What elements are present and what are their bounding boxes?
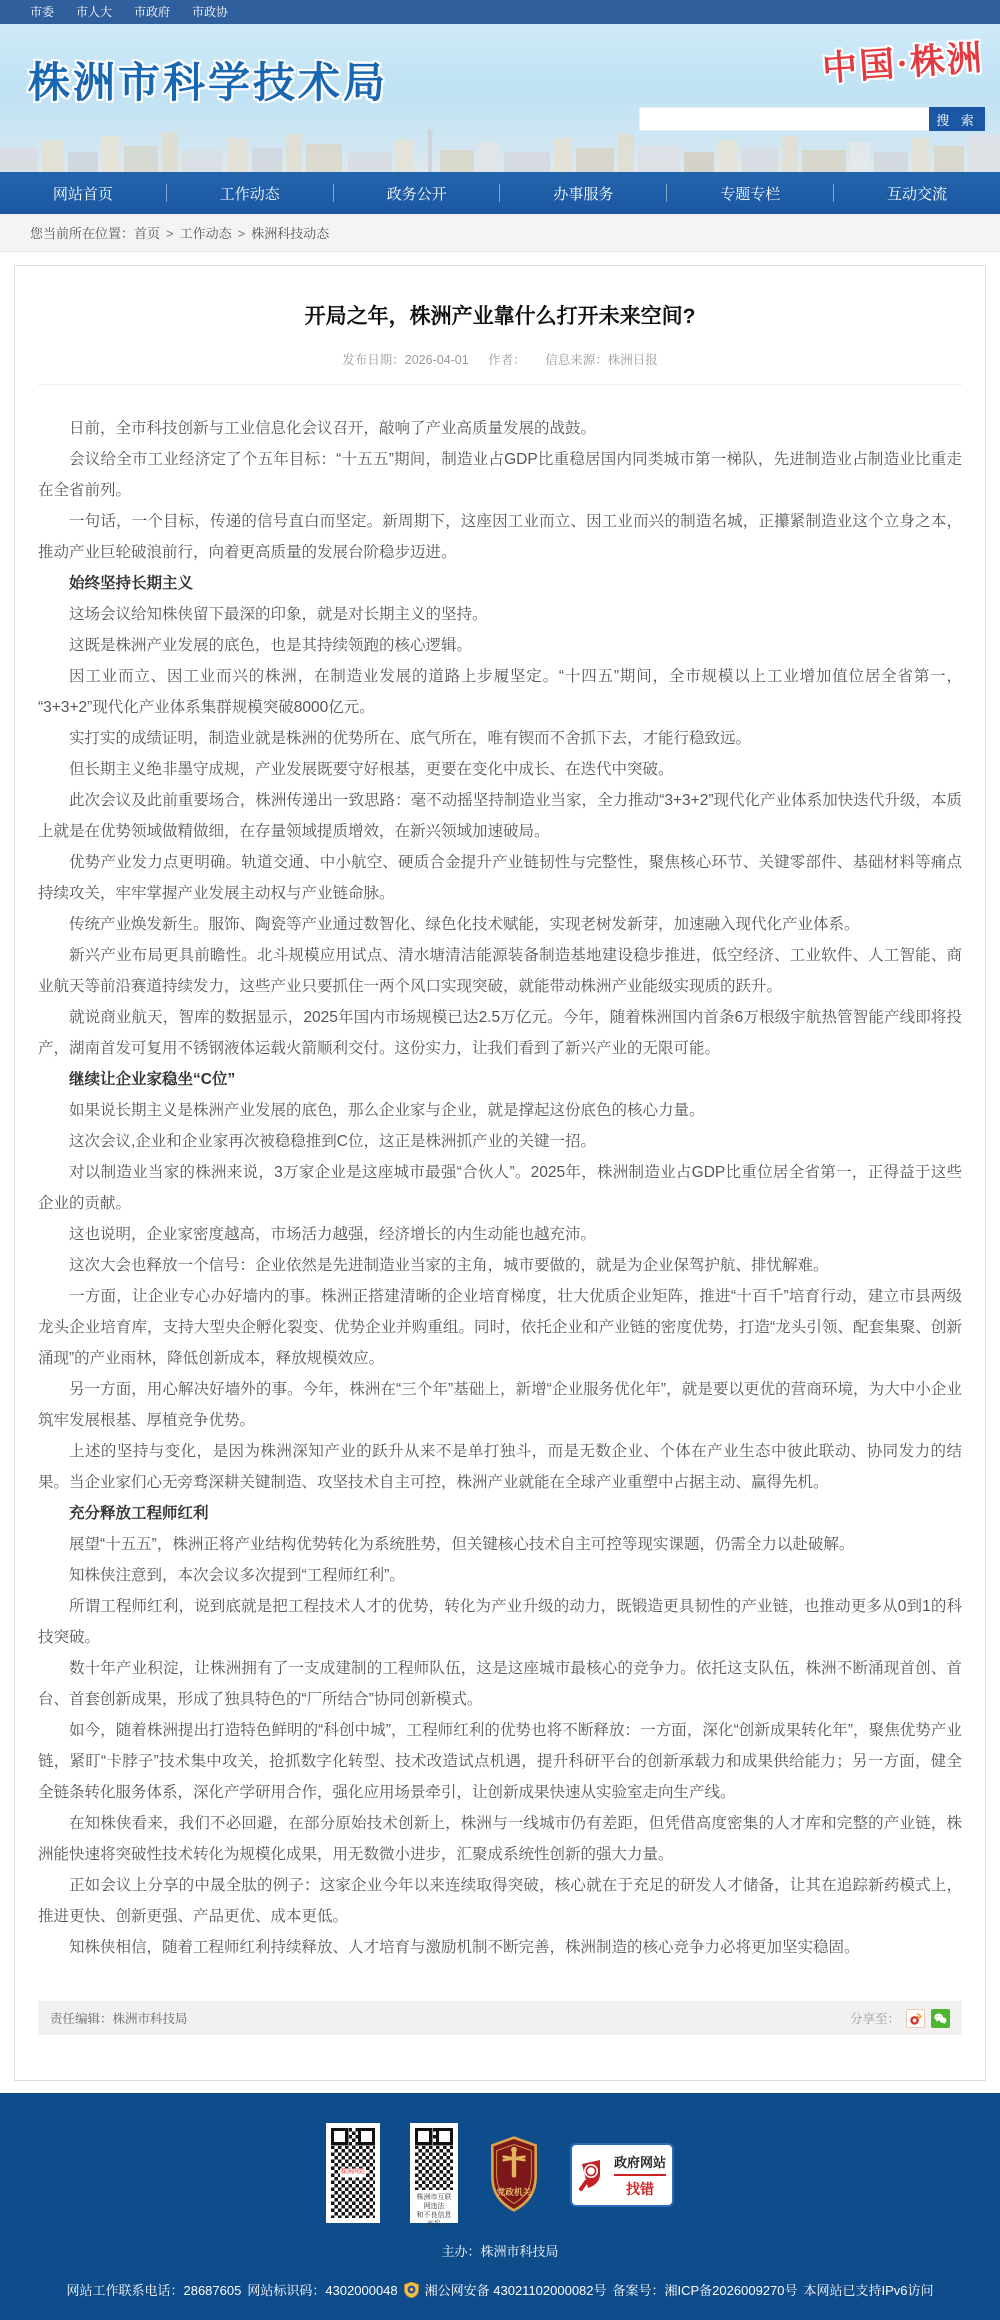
topbar: 市委市人大市政府市政协 [0,0,1000,24]
article-paragraph: 在知株侠看来，我们不必回避，在部分原始技术创新上，株洲与一线城市仍有差距，但凭借… [38,1808,962,1870]
website-error-report-badge[interactable]: 政府网站 找错 [570,2143,674,2207]
editor-label: 责任编辑： [50,2012,113,2026]
footer-badges-row: 株洲网站 株洲市互联网违法 和不良信息举报 党政机关 [0,2119,1000,2223]
article-paragraph: 新兴产业布局更具前瞻性。北斗规模应用试点、清水塘清洁能源装备制造基地建设稳步推进… [38,940,962,1002]
topbar-link[interactable]: 市人大 [76,5,112,19]
nav-item-2[interactable]: 工作动态 [167,183,333,204]
article-paragraph: 数十年产业积淀，让株洲拥有了一支成建制的工程师队伍，这是这座城市最核心的竞争力。… [38,1653,962,1715]
topbar-links: 市委市人大市政府市政协 [30,3,250,21]
article-section-heading: 充分释放工程师红利 [38,1498,962,1529]
article-card: 开局之年，株洲产业靠什么打开未来空间? 发布日期：2026-04-01 作者： … [14,265,986,2081]
search-input[interactable] [639,107,929,131]
search-bar: 搜 索 [639,107,985,131]
breadcrumb-item[interactable]: 首页 [134,226,160,241]
page-footer: 株洲网站 株洲市互联网违法 和不良信息举报 党政机关 [0,2093,1000,2320]
gongan-beian: 湘公网安备 43021102000082号 [425,2280,607,2299]
wechat-icon[interactable] [931,2009,950,2028]
party-government-emblem[interactable]: 党政机关 [488,2135,540,2213]
article-paragraph: 所谓工程师红利，说到底就是把工程技术人才的优势，转化为产业升级的动力，既锻造更具… [38,1591,962,1653]
article-paragraph: 这次会议,企业和企业家再次被稳稳推到C位，这正是株洲抓产业的关键一招。 [38,1126,962,1157]
publish-date: 2026-04-01 [405,353,469,367]
search-button[interactable]: 搜 索 [929,107,985,131]
svg-text:党政机关: 党政机关 [497,2186,532,2197]
article-paragraph: 展望“十五五”，株洲正将产业结构优势转化为系统胜势，但关键核心技术自主可控等现实… [38,1529,962,1560]
article-title: 开局之年，株洲产业靠什么打开未来空间? [38,300,962,330]
ipv6-note: 本网站已支持IPv6访问 [804,2280,934,2299]
site-logo: 株洲市科学技术局 [28,50,388,110]
article-paragraph: 一方面，让企业专心办好墙内的事。株洲正搭建清晰的企业培育梯度，壮大优质企业矩阵，… [38,1281,962,1374]
share-label: 分享至： [850,2009,900,2027]
breadcrumb-separator: > [166,226,174,241]
topbar-link[interactable]: 市政府 [134,5,170,19]
author-label: 作者： [488,353,526,367]
breadcrumb: 您当前所在位置： 首页>工作动态>株洲科技动态 [0,214,1000,252]
article-paragraph: 传统产业焕发新生。服饰、陶瓷等产业通过数智化、绿色化技术赋能，实现老树发新芽，加… [38,909,962,940]
icp-beian: 备案号：湘ICP备2026009270号 [613,2280,798,2299]
editor-line: 责任编辑：株洲市科技局 [50,2009,188,2027]
main-nav: 网站首页工作动态政务公开办事服务专题专栏互动交流 [0,172,1000,214]
article-paragraph: 上述的坚持与变化，是因为株洲深知产业的跃升从来不是单打独斗，而是无数企业、个体在… [38,1436,962,1498]
magnifier-icon [578,2158,608,2192]
article-paragraph: 对以制造业当家的株洲来说，3万家企业是这座城市最强“合伙人”。2025年，株洲制… [38,1157,962,1219]
article-body: 日前，全市科技创新与工业信息化会议召开，敲响了产业高质量发展的战鼓。会议给全市工… [38,413,962,1963]
breadcrumb-separator: > [238,226,246,241]
site-qr-code: 株洲网站 [326,2123,380,2223]
article-footer-bar: 责任编辑：株洲市科技局 分享至： [38,2001,962,2035]
share-row: 分享至： [850,2009,950,2028]
article-meta: 发布日期：2026-04-01 作者： 信息来源：株洲日报 [38,350,962,385]
contact-phone: 网站工作联系电话：28687605 [66,2280,241,2299]
header-banner: 株洲市科学技术局 中国·株洲 搜 索 [0,24,1000,172]
host-line: 主办：株洲市科技局 [0,2241,1000,2260]
article-paragraph: 这场会议给知株侠留下最深的印象，就是对长期主义的坚持。 [38,599,962,630]
report-qr-caption: 株洲市互联网违法 和不良信息举报 [415,2193,453,2229]
article-paragraph: 这既是株洲产业发展的底色，也是其持续领跑的核心逻辑。 [38,630,962,661]
breadcrumb-item[interactable]: 工作动态 [180,226,232,241]
article-paragraph: 会议给全市工业经济定了个五年目标：“十五五”期间，制造业占GDP比重稳居国内同类… [38,444,962,506]
article-paragraph: 实打实的成绩证明，制造业就是株洲的优势所在、底气所在，唯有锲而不舍抓下去，才能行… [38,723,962,754]
report-qr-code: 株洲市互联网违法 和不良信息举报 [410,2123,458,2223]
article-paragraph: 此次会议及此前重要场合，株洲传递出一致思路：毫不动摇坚持制造业当家，全力推动“3… [38,785,962,847]
source: 株洲日报 [608,353,658,367]
publish-date-label: 发布日期： [342,353,405,367]
article-section-heading: 继续让企业家稳坐“C位” [38,1064,962,1095]
article-paragraph: 正如会议上分享的中晟全肽的例子：这家企业今年以来连续取得突破，核心就在于充足的研… [38,1870,962,1932]
nav-item-3[interactable]: 政务公开 [334,183,500,204]
site-qr-center-label: 株洲网站 [340,2169,366,2178]
article-paragraph: 一句话，一个目标，传递的信号直白而坚定。新周期下，这座因工业而立、因工业而兴的制… [38,506,962,568]
weibo-icon[interactable] [906,2009,925,2028]
city-skyline-image [0,126,1000,172]
article-paragraph: 因工业而立、因工业而兴的株洲，在制造业发展的道路上步履坚定。“十四五”期间，全市… [38,661,962,723]
article-paragraph: 这次大会也释放一个信号：企业依然是先进制造业当家的主角，城市要做的，就是为企业保… [38,1250,962,1281]
error-box-text: 政府网站 找错 [614,2152,666,2199]
public-security-badge-icon [404,2282,419,2298]
brand-calligraphy: 中国·株洲 [821,30,986,91]
topbar-link[interactable]: 市政协 [192,5,228,19]
nav-item-5[interactable]: 专题专栏 [667,183,833,204]
article-paragraph: 这也说明，企业家密度越高，市场活力越强，经济增长的内生动能也越充沛。 [38,1219,962,1250]
source-label: 信息来源： [545,353,608,367]
article-paragraph: 优势产业发力点更明确。轨道交通、中小航空、硬质合金提升产业链韧性与完整性，聚焦核… [38,847,962,909]
site-id-code: 网站标识码：4302000048 [247,2280,397,2299]
breadcrumb-item: 株洲科技动态 [251,226,329,241]
article-paragraph: 日前，全市科技创新与工业信息化会议召开，敲响了产业高质量发展的战鼓。 [38,413,962,444]
article-section-heading: 始终坚持长期主义 [38,568,962,599]
article-paragraph: 如今，随着株洲提出打造特色鲜明的“科创中城”，工程师红利的优势也将不断释放：一方… [38,1715,962,1808]
nav-item-6[interactable]: 互动交流 [834,183,1000,204]
footer-info-line: 网站工作联系电话：28687605 网站标识码：4302000048 湘公网安备… [0,2280,1000,2299]
breadcrumb-items: 首页>工作动态>株洲科技动态 [134,223,329,242]
breadcrumb-prefix: 您当前所在位置： [30,223,134,242]
article-paragraph: 但长期主义绝非墨守成规，产业发展既要守好根基，更要在变化中成长、在迭代中突破。 [38,754,962,785]
article-paragraph: 知株侠注意到，本次会议多次提到“工程师红利”。 [38,1560,962,1591]
topbar-link[interactable]: 市委 [30,5,54,19]
article-paragraph: 如果说长期主义是株洲产业发展的底色，那么企业家与企业，就是撑起这份底色的核心力量… [38,1095,962,1126]
nav-item-1[interactable]: 网站首页 [0,183,166,204]
article-paragraph: 知株侠相信，随着工程师红利持续释放、人才培育与激励机制不断完善，株洲制造的核心竞… [38,1932,962,1963]
nav-item-4[interactable]: 办事服务 [500,183,666,204]
editor-name: 株洲市科技局 [113,2012,188,2026]
article-paragraph: 就说商业航天，智库的数据显示，2025年国内市场规模已达2.5万亿元。今年，随着… [38,1002,962,1064]
article-paragraph: 另一方面，用心解决好墙外的事。今年，株洲在“三个年”基础上，新增“企业服务优化年… [38,1374,962,1436]
